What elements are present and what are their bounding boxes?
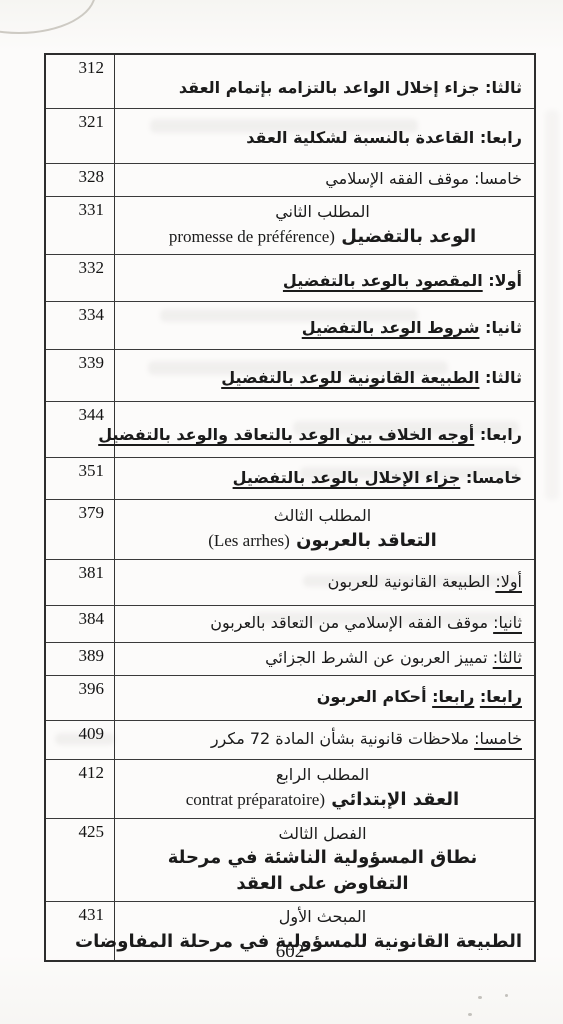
entry-latin-text: promesse de préférence)	[169, 227, 335, 246]
entry-text: نطاق المسؤولية الناشئة في مرحلة	[168, 847, 478, 868]
entry-cell: ثالثا: تمييز العربون عن الشرط الجزائي	[115, 643, 534, 675]
toc-row: 334 ثانيا: شروط الوعد بالتفضيل	[46, 302, 534, 350]
page-number-cell: 389	[46, 643, 115, 675]
toc-table: 312 ثالثا: جزاء إخلال الواعد بالتزامه بإ…	[44, 53, 536, 962]
entry-underlined-text: الطبيعة القانونية للوعد بالتفضيل	[221, 368, 479, 387]
entry-text: المطلب الرابع	[276, 765, 369, 784]
page-number-cell: 384	[46, 606, 115, 642]
toc-entry-line: أولا: الطبيعة القانونية للعربون	[123, 571, 522, 594]
entry-cell: المطلب الرابعcontrat préparatoire) العقد…	[115, 760, 534, 817]
entry-underlined-text: أولا:	[495, 572, 522, 591]
page-number-cell: 396	[46, 676, 115, 720]
scan-corner-artifact	[0, 0, 96, 34]
entry-text: ثانيا:	[479, 318, 522, 337]
entry-underlined-text: رابعا:	[432, 687, 474, 706]
entry-page-number: 381	[79, 563, 105, 582]
toc-entry-line: رابعا: القاعدة بالنسبة لشكلية العقد	[123, 127, 522, 150]
toc-row: 328 خامسا: موقف الفقه الإسلامي	[46, 164, 534, 197]
entry-text: موقف الفقه الإسلامي من التعاقد بالعربون	[210, 613, 493, 632]
entry-text: التفاوض على العقد	[236, 873, 408, 894]
entry-text: خامسا:	[460, 468, 522, 487]
toc-entry-line: المبحث الأول	[123, 906, 522, 929]
entry-cell: أولا: الطبيعة القانونية للعربون	[115, 560, 534, 605]
toc-entry-line: خامسا: ملاحظات قانونية بشأن المادة 72 مك…	[123, 728, 522, 751]
toc-entry-line: رابعا: رابعا: أحكام العربون	[123, 686, 522, 709]
entry-cell: رابعا: أوجه الخلاف بين الوعد بالتعاقد وا…	[115, 402, 534, 457]
toc-entry-line: المطلب الثاني	[123, 201, 522, 224]
toc-row: 332 أولا: المقصود بالوعد بالتفضيل	[46, 255, 534, 302]
entry-text: أحكام العربون	[317, 687, 432, 706]
entry-text: التعاقد بالعربون	[290, 530, 437, 551]
page-number-cell: 332	[46, 255, 115, 301]
entry-text: الوعد بالتفضيل	[335, 226, 476, 247]
toc-row: 412 المطلب الرابعcontrat préparatoire) ا…	[46, 760, 534, 818]
entry-underlined-text: المقصود بالوعد بالتفضيل	[283, 271, 483, 290]
toc-row: 339 ثالثا: الطبيعة القانونية للوعد بالتف…	[46, 350, 534, 402]
entry-page-number: 351	[79, 461, 105, 480]
page-number-cell: 339	[46, 350, 115, 401]
entry-text: ثالثا:	[479, 368, 522, 387]
entry-page-number: 312	[79, 58, 105, 77]
entry-underlined-text: ثانيا:	[493, 613, 522, 632]
entry-page-number: 344	[79, 405, 105, 424]
toc-row: 425 الفصل الثالثنطاق المسؤولية الناشئة ف…	[46, 819, 534, 903]
entry-page-number: 379	[79, 503, 105, 522]
entry-cell: المطلب الثالث(Les arrhes) التعاقد بالعرب…	[115, 500, 534, 559]
entry-underlined-text: رابعا:	[480, 687, 522, 706]
entry-text: تمييز العربون عن الشرط الجزائي	[265, 648, 493, 667]
paper-speck	[468, 1013, 472, 1016]
entry-cell: ثالثا: جزاء إخلال الواعد بالتزامه بإتمام…	[115, 55, 534, 108]
page-number-cell: 312	[46, 55, 115, 108]
entry-page-number: 431	[79, 905, 105, 924]
entry-cell: ثانيا: شروط الوعد بالتفضيل	[115, 302, 534, 349]
entry-page-number: 332	[79, 258, 105, 277]
footer-page-number: 602	[276, 941, 305, 962]
toc-row: 379 المطلب الثالث(Les arrhes) التعاقد با…	[46, 500, 534, 560]
toc-entry-line: ثانيا: موقف الفقه الإسلامي من التعاقد با…	[123, 612, 522, 635]
toc-entry-line: رابعا: أوجه الخلاف بين الوعد بالتعاقد وا…	[123, 424, 522, 447]
toc-row: 321 رابعا: القاعدة بالنسبة لشكلية العقد	[46, 109, 534, 164]
toc-entry-line: contrat préparatoire) العقد الإبتدائي	[123, 787, 522, 813]
entry-cell: ثالثا: الطبيعة القانونية للوعد بالتفضيل	[115, 350, 534, 401]
toc-entry-line: التفاوض على العقد	[123, 871, 522, 897]
toc-entry-line: promesse de préférence) الوعد بالتفضيل	[123, 224, 522, 250]
toc-row: 409 خامسا: ملاحظات قانونية بشأن المادة 7…	[46, 721, 534, 760]
toc-row: 381 أولا: الطبيعة القانونية للعربون	[46, 560, 534, 606]
entry-underlined-text: ثالثا:	[493, 648, 522, 667]
entry-text: ثالثا: جزاء إخلال الواعد بالتزامه بإتمام…	[179, 78, 522, 97]
entry-page-number: 339	[79, 353, 105, 372]
toc-entry-line: ثالثا: جزاء إخلال الواعد بالتزامه بإتمام…	[123, 77, 522, 100]
entry-cell: خامسا: موقف الفقه الإسلامي	[115, 164, 534, 196]
toc-row: 396 رابعا: رابعا: أحكام العربون	[46, 676, 534, 721]
toc-entry-line: الفصل الثالث	[123, 823, 522, 846]
entry-underlined-text: شروط الوعد بالتفضيل	[302, 318, 480, 337]
toc-entry-line: ثانيا: شروط الوعد بالتفضيل	[123, 317, 522, 340]
toc-entry-line: (Les arrhes) التعاقد بالعربون	[123, 528, 522, 554]
entry-cell: أولا: المقصود بالوعد بالتفضيل	[115, 255, 534, 301]
entry-latin-text: contrat préparatoire)	[186, 790, 325, 809]
entry-page-number: 412	[79, 763, 105, 782]
page-number-cell: 425	[46, 819, 115, 902]
entry-cell: خامسا: جزاء الإخلال بالوعد بالتفضيل	[115, 458, 534, 499]
page-number-cell: 328	[46, 164, 115, 196]
page-number-cell: 334	[46, 302, 115, 349]
entry-text: المطلب الثاني	[275, 202, 370, 221]
toc-entry-line: ثالثا: الطبيعة القانونية للوعد بالتفضيل	[123, 367, 522, 390]
entry-underlined-text: جزاء الإخلال بالوعد بالتفضيل	[233, 468, 461, 487]
entry-text: ملاحظات قانونية بشأن المادة 72 مكرر	[211, 729, 474, 748]
entry-text: أولا:	[483, 271, 522, 290]
entry-cell: المطلب الثانيpromesse de préférence) الو…	[115, 197, 534, 254]
toc-row: 344 رابعا: أوجه الخلاف بين الوعد بالتعاق…	[46, 402, 534, 458]
entry-page-number: 396	[79, 679, 105, 698]
entry-page-number: 331	[79, 200, 105, 219]
bleed-through-artifact	[545, 110, 559, 500]
toc-entry-line: ثالثا: تمييز العربون عن الشرط الجزائي	[123, 647, 522, 670]
page-footer: 602	[44, 941, 536, 963]
entry-page-number: 425	[79, 822, 105, 841]
page-number-cell: 379	[46, 500, 115, 559]
entry-page-number: 334	[79, 305, 105, 324]
toc-row: 351 خامسا: جزاء الإخلال بالوعد بالتفضيل	[46, 458, 534, 500]
entry-page-number: 384	[79, 609, 105, 628]
toc-entry-line: أولا: المقصود بالوعد بالتفضيل	[123, 270, 522, 293]
entry-underlined-text: خامسا:	[474, 729, 522, 748]
page-number-cell: 381	[46, 560, 115, 605]
toc-row: 312 ثالثا: جزاء إخلال الواعد بالتزامه بإ…	[46, 55, 534, 109]
entry-text: الطبيعة القانونية للعربون	[328, 572, 496, 591]
entry-text: العقد الإبتدائي	[325, 789, 459, 810]
toc-entry-line: المطلب الرابع	[123, 764, 522, 787]
entry-text: المبحث الأول	[279, 907, 366, 926]
page-number-cell: 351	[46, 458, 115, 499]
entry-latin-text: (Les arrhes)	[208, 531, 290, 550]
toc-entry-line: خامسا: موقف الفقه الإسلامي	[123, 168, 522, 191]
entry-text: خامسا: موقف الفقه الإسلامي	[325, 169, 522, 188]
entry-underlined-text: أوجه الخلاف بين الوعد بالتعاقد والوعد با…	[98, 425, 474, 444]
toc-row: 389 ثالثا: تمييز العربون عن الشرط الجزائ…	[46, 643, 534, 676]
page-number-cell: 412	[46, 760, 115, 817]
toc-entry-line: خامسا: جزاء الإخلال بالوعد بالتفضيل	[123, 467, 522, 490]
entry-page-number: 409	[79, 724, 105, 743]
page-number-cell: 321	[46, 109, 115, 163]
toc-entry-line: نطاق المسؤولية الناشئة في مرحلة	[123, 845, 522, 871]
toc-entry-line: المطلب الثالث	[123, 505, 522, 528]
entry-text: رابعا: القاعدة بالنسبة لشكلية العقد	[246, 128, 522, 147]
paper-speck	[478, 996, 482, 999]
page-number-cell: 331	[46, 197, 115, 254]
scanned-toc-page: 312 ثالثا: جزاء إخلال الواعد بالتزامه بإ…	[0, 0, 563, 1024]
entry-text: رابعا:	[474, 425, 522, 444]
page-number-cell: 409	[46, 721, 115, 759]
entry-cell: رابعا: رابعا: أحكام العربون	[115, 676, 534, 720]
entry-cell: الفصل الثالثنطاق المسؤولية الناشئة في مر…	[115, 819, 534, 902]
entry-page-number: 389	[79, 646, 105, 665]
entry-cell: ثانيا: موقف الفقه الإسلامي من التعاقد با…	[115, 606, 534, 642]
entry-page-number: 321	[79, 112, 105, 131]
entry-cell: رابعا: القاعدة بالنسبة لشكلية العقد	[115, 109, 534, 163]
entry-cell: خامسا: ملاحظات قانونية بشأن المادة 72 مك…	[115, 721, 534, 759]
entry-text: المطلب الثالث	[274, 506, 371, 525]
toc-row: 384 ثانيا: موقف الفقه الإسلامي من التعاق…	[46, 606, 534, 643]
entry-page-number: 328	[79, 167, 105, 186]
entry-text: الفصل الثالث	[278, 824, 366, 843]
paper-speck	[505, 994, 508, 997]
toc-row: 331 المطلب الثانيpromesse de préférence)…	[46, 197, 534, 255]
